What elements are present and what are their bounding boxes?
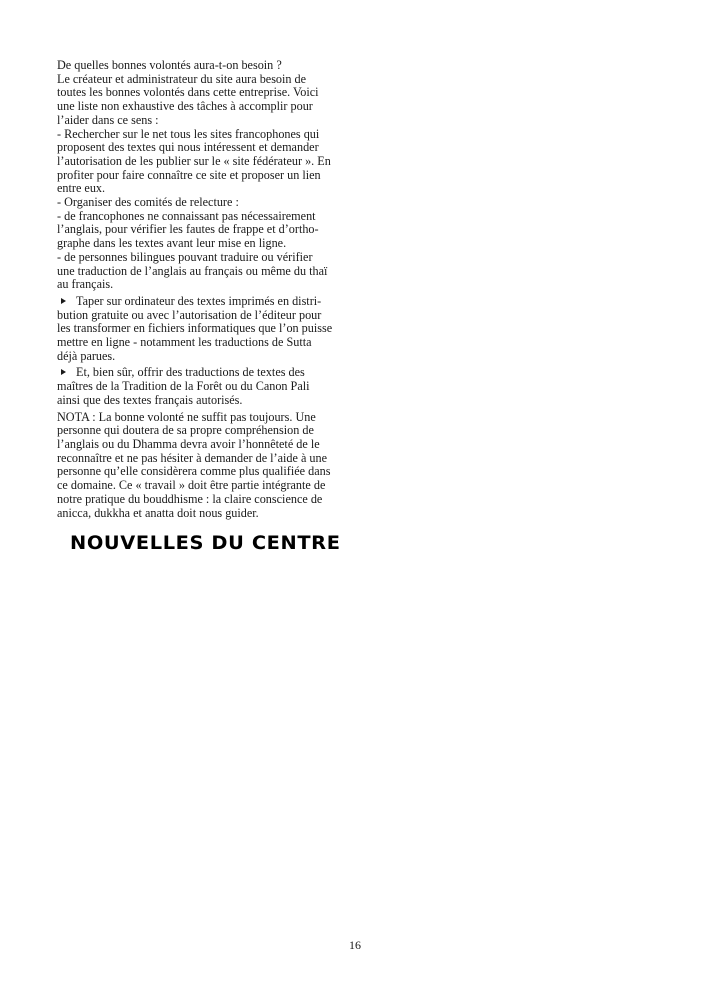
text-line: - de francophones ne connaissant pas néc… xyxy=(57,210,357,224)
text-line: les transformer en fichiers informatique… xyxy=(57,322,357,336)
text-line: l’anglais ou du Dhamma devra avoir l’hon… xyxy=(57,438,357,452)
task-committees: - Organiser des comités de relecture : -… xyxy=(57,196,357,292)
text-line: - Rechercher sur le net tous les sites f… xyxy=(57,128,357,142)
text-line: une traduction de l’anglais au français … xyxy=(57,265,357,279)
bullet-item: Taper sur ordinateur des textes imprimés… xyxy=(57,295,357,364)
text-line: - de personnes bilingues pouvant traduir… xyxy=(57,251,357,265)
text-line: proposent des textes qui nous intéressen… xyxy=(57,141,357,155)
triangle-bullet-icon xyxy=(61,298,66,304)
text-line: Le créateur et administrateur du site au… xyxy=(57,73,357,87)
text-line: ainsi que des textes français autorisés. xyxy=(57,394,357,408)
text-line: ce domaine. Ce « travail » doit être par… xyxy=(57,479,357,493)
triangle-bullet-icon xyxy=(61,369,66,375)
text-line: une liste non exhaustive des tâches à ac… xyxy=(57,100,357,114)
text-line: Et, bien sûr, offrir des traductions de … xyxy=(76,365,305,379)
text-line: l’anglais, pour vérifier les fautes de f… xyxy=(57,223,357,237)
text-line: mettre en ligne - notamment les traducti… xyxy=(57,336,357,350)
text-line: reconnaître et ne pas hésiter à demander… xyxy=(57,452,357,466)
nota-paragraph: NOTA : La bonne volonté ne suffit pas to… xyxy=(57,411,357,521)
text-line: déjà parues. xyxy=(57,350,357,364)
text-line: notre pratique du bouddhisme : la claire… xyxy=(57,493,357,507)
text-line: Taper sur ordinateur des textes imprimés… xyxy=(76,294,321,308)
text-line: personne qui doutera de sa propre compré… xyxy=(57,424,357,438)
bullet-item: Et, bien sûr, offrir des traductions de … xyxy=(57,366,357,407)
text-line: profiter pour faire connaître ce site et… xyxy=(57,169,357,183)
text-line: graphe dans les textes avant leur mise e… xyxy=(57,237,357,251)
text-line: toutes les bonnes volontés dans cette en… xyxy=(57,86,357,100)
section-heading: NOUVELLES DU CENTRE xyxy=(70,532,351,554)
page-number: 16 xyxy=(345,938,365,953)
text-line: maîtres de la Tradition de la Forêt ou d… xyxy=(57,380,357,394)
text-line: l’aider dans ce sens : xyxy=(57,114,357,128)
text-line: - Organiser des comités de relecture : xyxy=(57,196,357,210)
text-line: personne qu’elle considèrera comme plus … xyxy=(57,465,357,479)
text-line: bution gratuite ou avec l’autorisation d… xyxy=(57,309,357,323)
text-line: entre eux. xyxy=(57,182,357,196)
text-line: anicca, dukkha et anatta doit nous guide… xyxy=(57,507,357,521)
task-search: - Rechercher sur le net tous les sites f… xyxy=(57,128,357,197)
intro-paragraph: De quelles bonnes volontés aura-t-on bes… xyxy=(57,59,357,128)
text-column: De quelles bonnes volontés aura-t-on bes… xyxy=(57,59,357,520)
text-line: NOTA : La bonne volonté ne suffit pas to… xyxy=(57,411,357,425)
text-line: l’autorisation de les publier sur le « s… xyxy=(57,155,357,169)
intro-question: De quelles bonnes volontés aura-t-on bes… xyxy=(57,59,357,73)
text-line: au français. xyxy=(57,278,357,292)
document-page: De quelles bonnes volontés aura-t-on bes… xyxy=(0,0,702,991)
